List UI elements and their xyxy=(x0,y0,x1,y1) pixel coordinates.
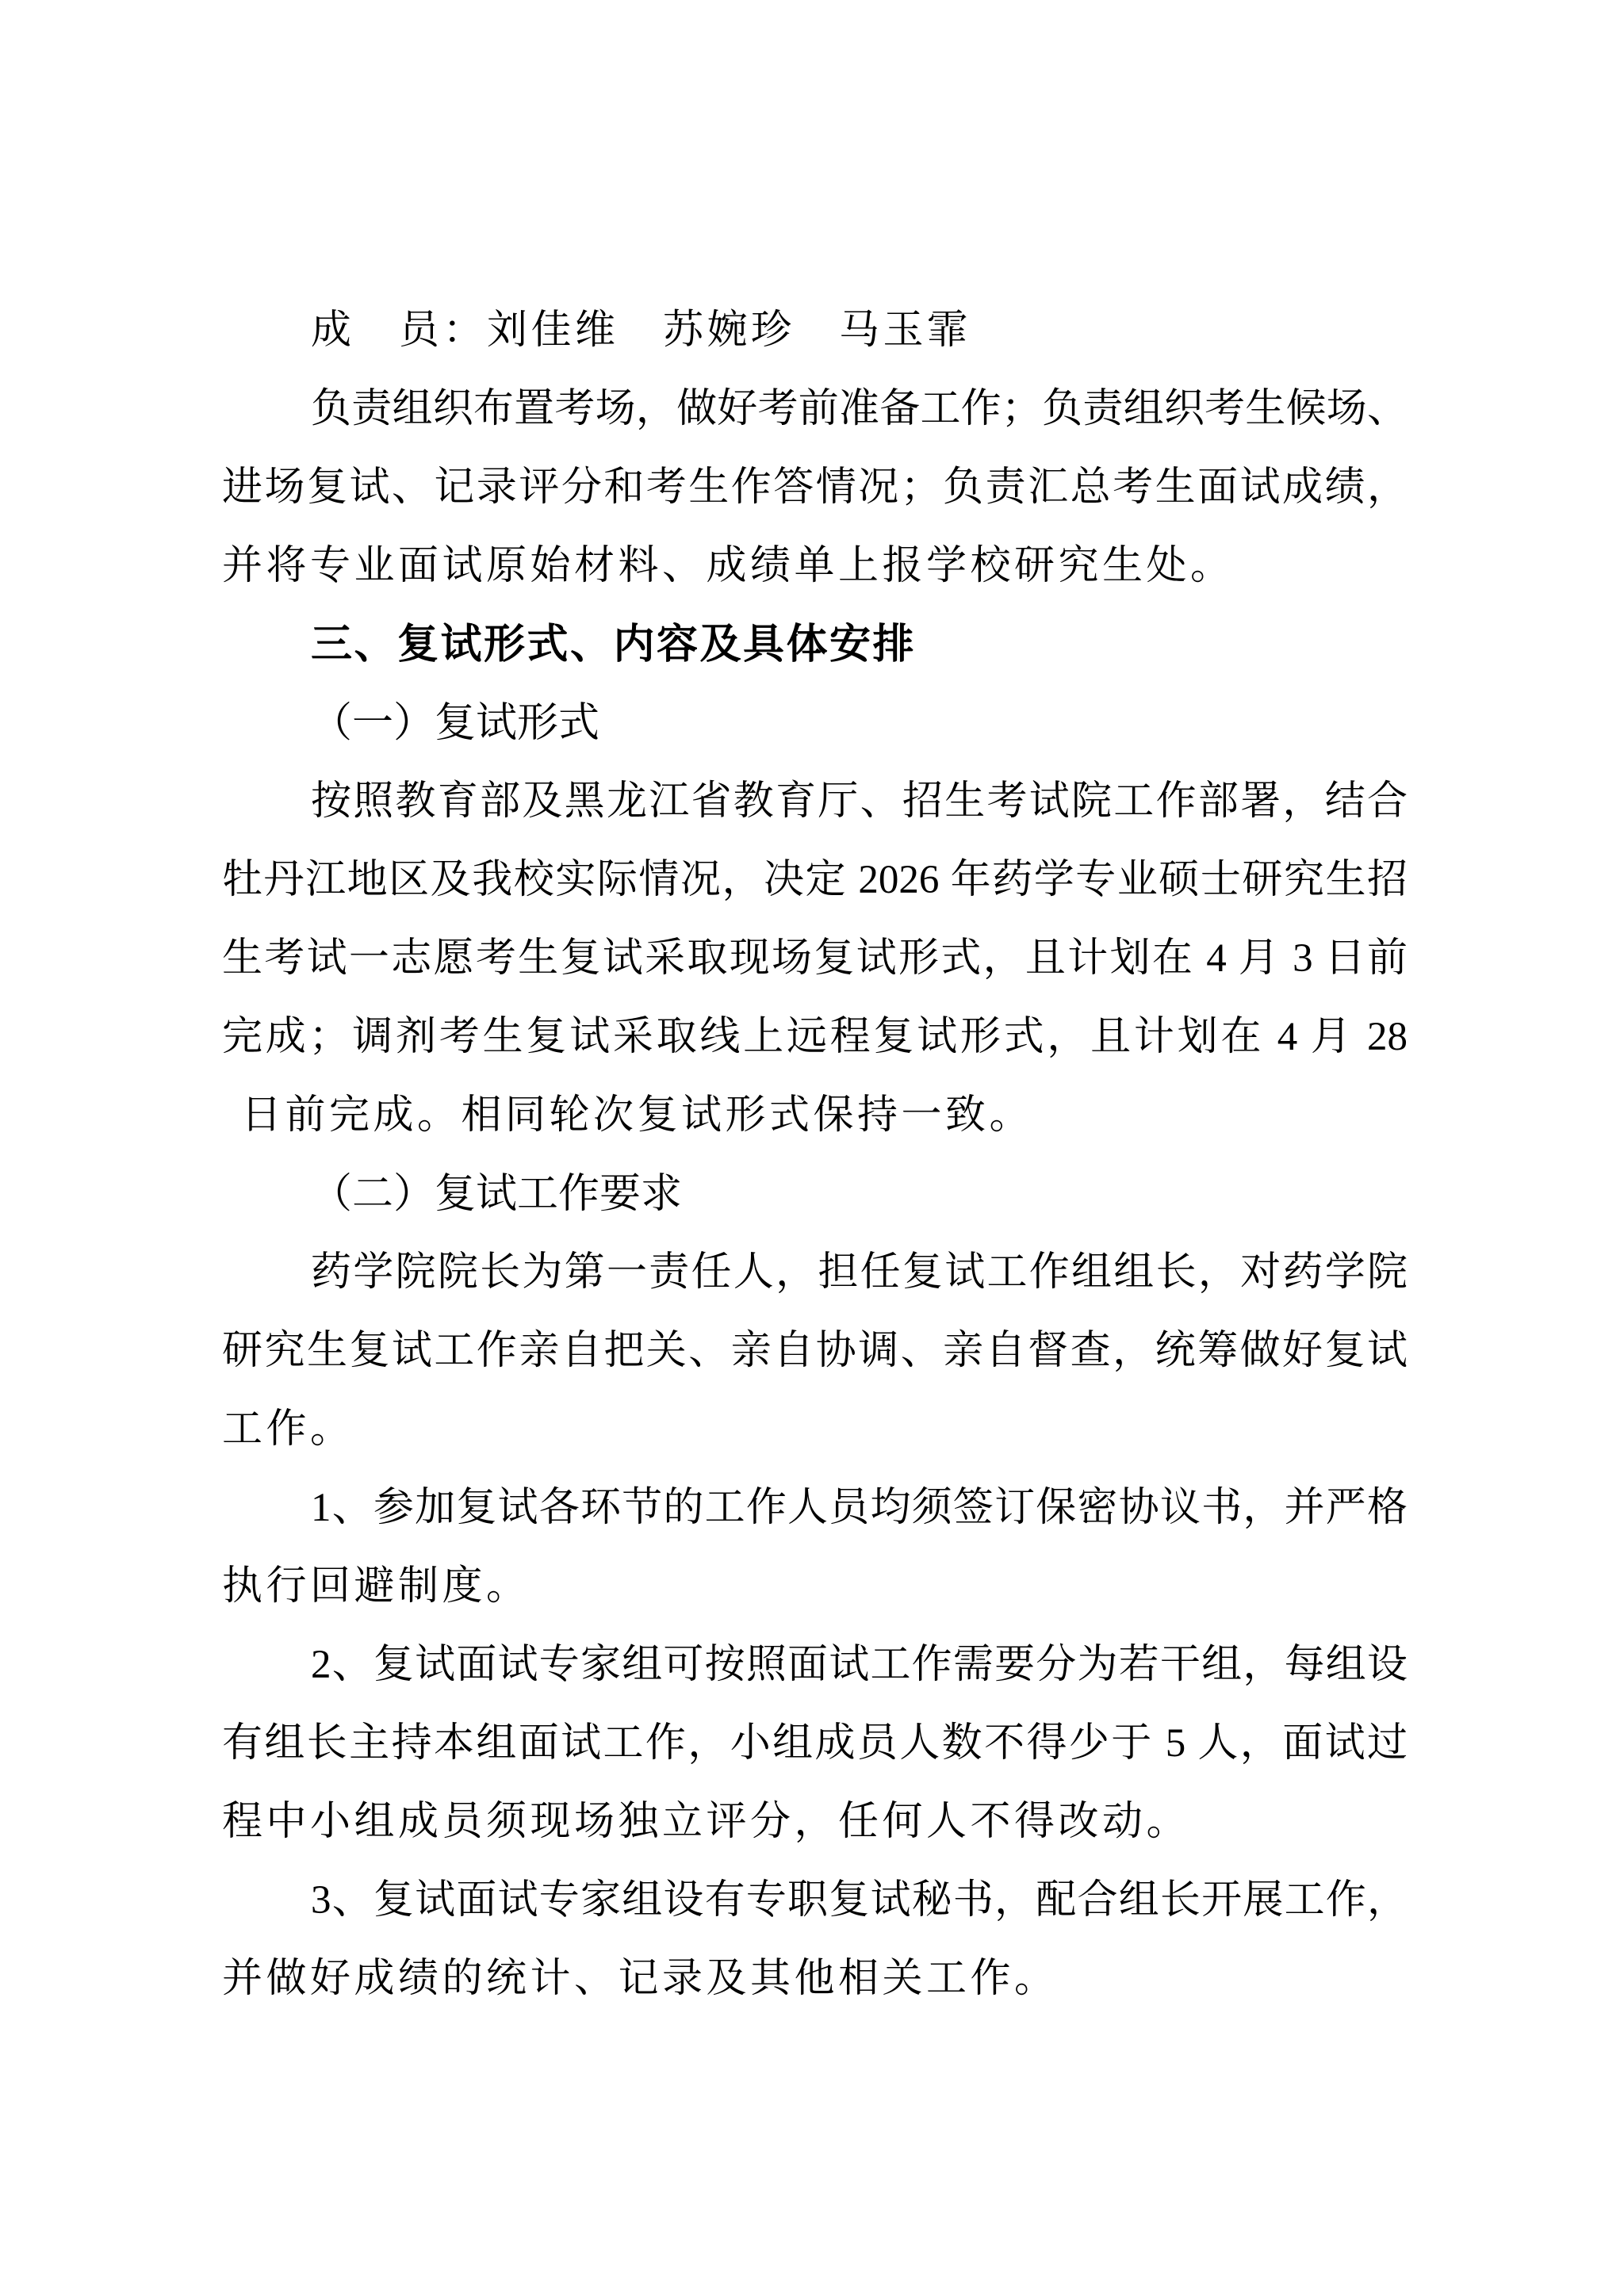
dean-line-2: 研究生复试工作亲自把关、亲自协调、亲自督查，统筹做好复试 xyxy=(222,1312,1408,1391)
paragraph-committee-members: 成 员：刘佳维 苏婉珍 马玉霏 xyxy=(222,292,1408,370)
section-3-heading: 三、复试形式、内容及具体安排 xyxy=(222,606,1408,684)
document-text-block: 成 员：刘佳维 苏婉珍 马玉霏 负责组织布置考场，做好考前准备工作；负责组织考生… xyxy=(222,292,1408,2019)
paragraph-dean-responsibility: 药学院院长为第一责任人，担任复试工作组组长，对药学院 研究生复试工作亲自把关、亲… xyxy=(222,1234,1408,1469)
item-1-line-1: 1、参加复试各环节的工作人员均须签订保密协议书，并严格 xyxy=(222,1469,1408,1548)
document-page: 成 员：刘佳维 苏婉珍 马玉霏 负责组织布置考场，做好考前准备工作；负责组织考生… xyxy=(0,0,1624,2296)
subsection-1-heading: （一）复试形式 xyxy=(222,684,1408,763)
paragraph-item-1: 1、参加复试各环节的工作人员均须签订保密协议书，并严格 执行回避制度。 xyxy=(222,1469,1408,1626)
item-2-line-2: 有组长主持本组面试工作，小组成员人数不得少于 5 人，面试过 xyxy=(222,1705,1408,1783)
duties-line-2: 进场复试、记录评分和考生作答情况；负责汇总考生面试成绩， xyxy=(222,449,1408,527)
form-line-2: 牡丹江地区及我校实际情况，决定 2026 年药学专业硕士研究生招 xyxy=(222,841,1408,920)
paragraph-secretary-duties: 负责组织布置考场，做好考前准备工作；负责组织考生候场、 进场复试、记录评分和考生… xyxy=(222,370,1408,606)
paragraph-item-3: 3、复试面试专家组设有专职复试秘书，配合组长开展工作， 并做好成绩的统计、记录及… xyxy=(222,1862,1408,2019)
form-line-1: 按照教育部及黑龙江省教育厅、招生考试院工作部署，结合 xyxy=(222,763,1408,841)
item-2-line-1: 2、复试面试专家组可按照面试工作需要分为若干组，每组设 xyxy=(222,1626,1408,1705)
subsection-2-heading: （二）复试工作要求 xyxy=(222,1155,1408,1234)
duties-line-1: 负责组织布置考场，做好考前准备工作；负责组织考生候场、 xyxy=(222,370,1408,449)
dean-line-1: 药学院院长为第一责任人，担任复试工作组组长，对药学院 xyxy=(222,1234,1408,1312)
form-line-4: 完成；调剂考生复试采取线上远程复试形式，且计划在 4 月 28 xyxy=(222,998,1408,1077)
paragraph-reexam-form: 按照教育部及黑龙江省教育厅、招生考试院工作部署，结合 牡丹江地区及我校实际情况，… xyxy=(222,763,1408,1155)
form-line-3: 生考试一志愿考生复试采取现场复试形式，且计划在 4 月 3 日前 xyxy=(222,920,1408,998)
form-line-5: 日前完成。相同轮次复试形式保持一致。 xyxy=(222,1077,1408,1155)
members-line: 成 员：刘佳维 苏婉珍 马玉霏 xyxy=(222,292,1408,370)
duties-line-3: 并将专业面试原始材料、成绩单上报学校研究生处。 xyxy=(222,527,1408,606)
item-3-line-2: 并做好成绩的统计、记录及其他相关工作。 xyxy=(222,1940,1408,2019)
paragraph-item-2: 2、复试面试专家组可按照面试工作需要分为若干组，每组设 有组长主持本组面试工作，… xyxy=(222,1626,1408,1862)
item-3-line-1: 3、复试面试专家组设有专职复试秘书，配合组长开展工作， xyxy=(222,1862,1408,1940)
item-1-line-2: 执行回避制度。 xyxy=(222,1548,1408,1626)
dean-line-3: 工作。 xyxy=(222,1391,1408,1469)
item-2-line-3: 程中小组成员须现场独立评分，任何人不得改动。 xyxy=(222,1783,1408,1862)
